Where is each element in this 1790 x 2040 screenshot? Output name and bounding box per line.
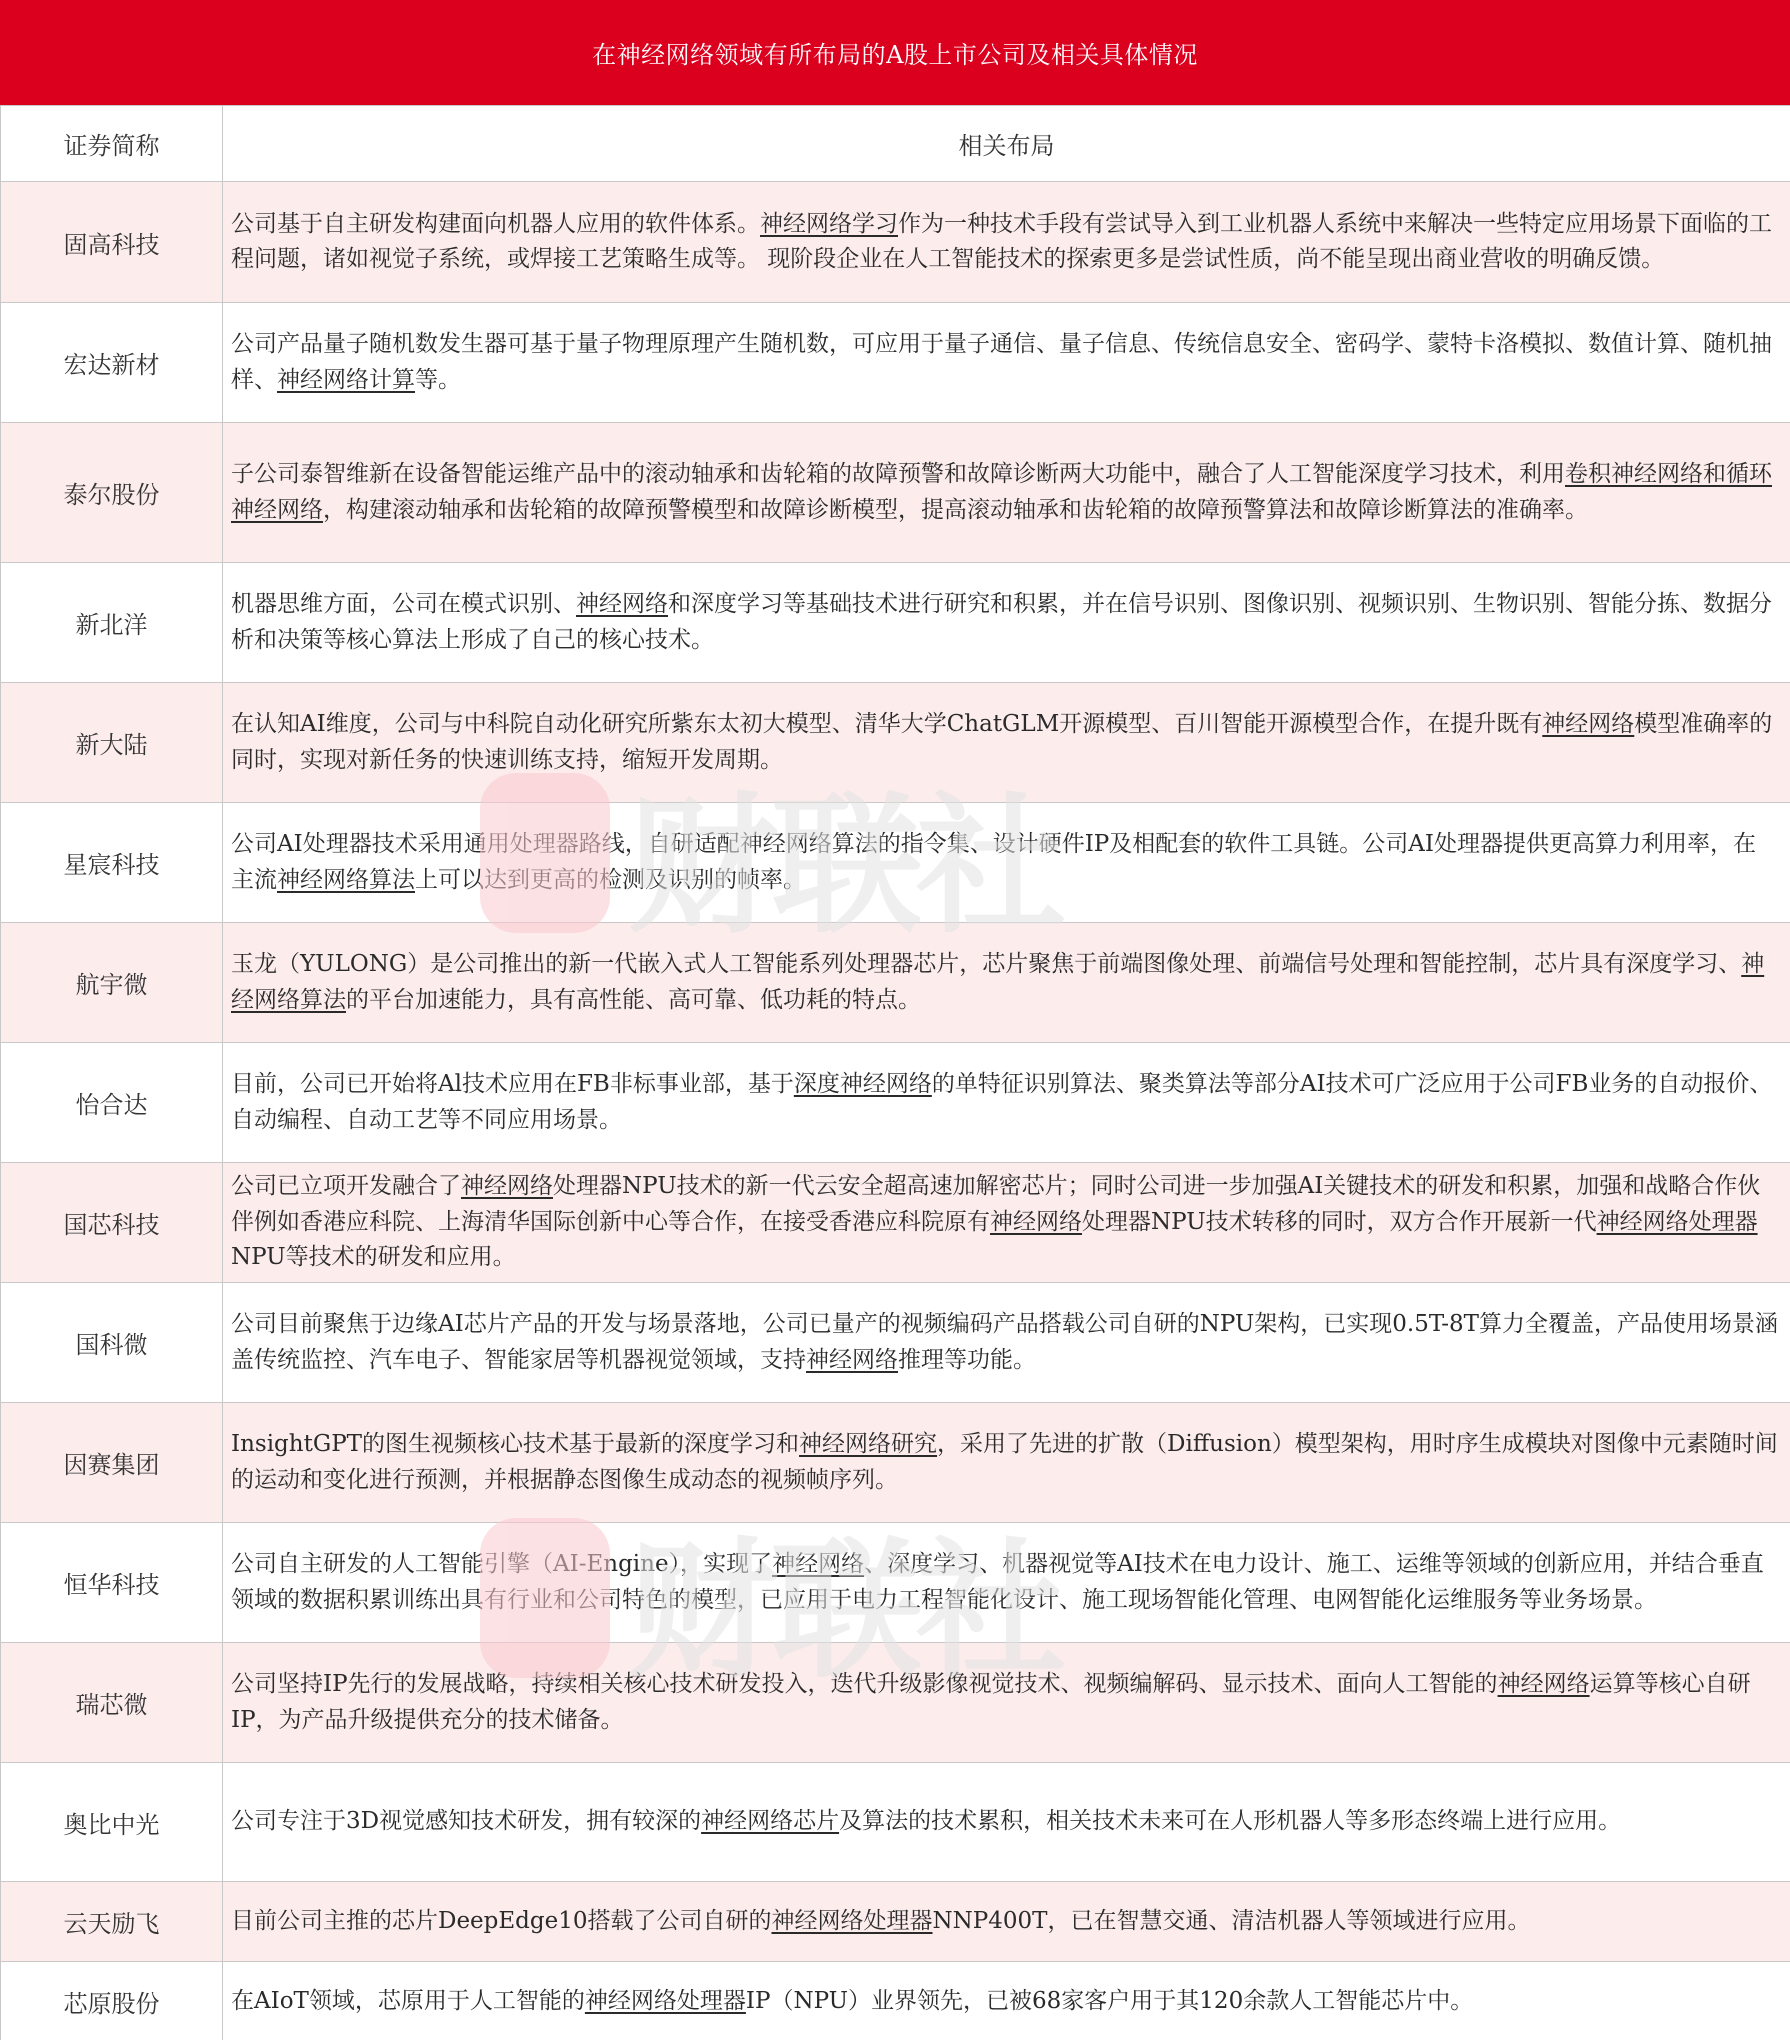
description-text: NNP400T，已在智慧交通、清洁机器人等领域进行应用。 (933, 1908, 1531, 1934)
company-name: 宏达新材 (1, 303, 223, 423)
description-text: 公司基于自主研发构建面向机器人应用的软件体系。 (231, 211, 760, 237)
description-text: 公司自主研发的人工智能引擎（AI-Engine），实现了 (231, 1551, 772, 1577)
description-text: NPU等技术的研发和应用。 (231, 1244, 516, 1270)
table-row: 国科微公司目前聚焦于边缘AI芯片产品的开发与场景落地，公司已量产的视频编码产品搭… (1, 1283, 1790, 1403)
company-description: 机器思维方面，公司在模式识别、神经网络和深度学习等基础技术进行研究和积累，并在信… (223, 563, 1790, 683)
highlighted-keyword: 深度神经网络 (794, 1071, 932, 1097)
company-description: 在AIoT领域，芯原用于人工智能的神经网络处理器IP（NPU）业界领先，已被68… (223, 1962, 1790, 2040)
company-description: 目前公司主推的芯片DeepEdge10搭载了公司自研的神经网络处理器NNP400… (223, 1882, 1790, 1962)
company-description: 公司产品量子随机数发生器可基于量子物理原理产生随机数，可应用于量子通信、量子信息… (223, 303, 1790, 423)
company-description: 目前，公司已开始将Al技术应用在FB非标事业部，基于深度神经网络的单特征识别算法… (223, 1043, 1790, 1163)
company-name: 因赛集团 (1, 1403, 223, 1523)
company-name: 固高科技 (1, 182, 223, 303)
highlighted-keyword: 神经网络 (1542, 711, 1634, 737)
company-description: 公司基于自主研发构建面向机器人应用的软件体系。神经网络学习作为一种技术手段有尝试… (223, 182, 1790, 303)
highlighted-keyword: 神经网络 (1498, 1671, 1590, 1697)
table-row: 宏达新材公司产品量子随机数发生器可基于量子物理原理产生随机数，可应用于量子通信、… (1, 303, 1790, 423)
highlighted-keyword: 神经网络算法 (277, 867, 415, 893)
table-title-bar: 在神经网络领域有所布局的A股上市公司及相关具体情况 (0, 0, 1790, 105)
description-text: 及算法的技术累积，相关技术未来可在人形机器人等多形态终端上进行应用。 (839, 1808, 1621, 1834)
company-name: 芯原股份 (1, 1962, 223, 2040)
description-text: 机器思维方面，公司在模式识别、 (231, 591, 576, 617)
company-description: 公司专注于3D视觉感知技术研发，拥有较深的神经网络芯片及算法的技术累积，相关技术… (223, 1763, 1790, 1882)
table-row: 云天励飞目前公司主推的芯片DeepEdge10搭载了公司自研的神经网络处理器NN… (1, 1882, 1790, 1962)
company-name: 奥比中光 (1, 1763, 223, 1882)
table-row: 芯原股份在AIoT领域，芯原用于人工智能的神经网络处理器IP（NPU）业界领先，… (1, 1962, 1790, 2040)
description-text: 公司已立项开发融合了 (231, 1173, 461, 1199)
table-row: 新大陆在认知AI维度，公司与中科院自动化研究所紫东太初大模型、清华大学ChatG… (1, 683, 1790, 803)
company-name: 国芯科技 (1, 1163, 223, 1283)
company-description: 在认知AI维度，公司与中科院自动化研究所紫东太初大模型、清华大学ChatGLM开… (223, 683, 1790, 803)
table-row: 奥比中光公司专注于3D视觉感知技术研发，拥有较深的神经网络芯片及算法的技术累积，… (1, 1763, 1790, 1882)
company-name: 航宇微 (1, 923, 223, 1043)
header-security-name: 证券简称 (1, 106, 223, 182)
company-description: 子公司泰智维新在设备智能运维产品中的滚动轴承和齿轮箱的故障预警和故障诊断两大功能… (223, 423, 1790, 563)
highlighted-keyword: 神经网络 (806, 1347, 898, 1373)
description-text: 上可以达到更高的检测及识别的帧率。 (415, 867, 806, 893)
table-row: 国芯科技公司已立项开发融合了神经网络处理器NPU技术的新一代云安全超高速加解密芯… (1, 1163, 1790, 1283)
description-text: 的平台加速能力，具有高性能、高可靠、低功耗的特点。 (346, 987, 921, 1013)
description-text: 公司坚持IP先行的发展战略，持续相关核心技术研发投入，迭代升级影像视觉技术、视频… (231, 1671, 1498, 1697)
company-table: 证券简称 相关布局 固高科技公司基于自主研发构建面向机器人应用的软件体系。神经网… (0, 105, 1790, 2040)
company-name: 怡合达 (1, 1043, 223, 1163)
company-name: 瑞芯微 (1, 1643, 223, 1763)
table-row: 怡合达目前，公司已开始将Al技术应用在FB非标事业部，基于深度神经网络的单特征识… (1, 1043, 1790, 1163)
highlighted-keyword: 神经网络 (576, 591, 668, 617)
header-related-layout: 相关布局 (223, 106, 1790, 182)
description-text: 目前公司主推的芯片DeepEdge10搭载了公司自研的 (231, 1908, 772, 1934)
highlighted-keyword: 神经网络芯片 (701, 1808, 839, 1834)
company-name: 国科微 (1, 1283, 223, 1403)
table-row: 瑞芯微公司坚持IP先行的发展战略，持续相关核心技术研发投入，迭代升级影像视觉技术… (1, 1643, 1790, 1763)
table-row: 恒华科技公司自主研发的人工智能引擎（AI-Engine），实现了神经网络、深度学… (1, 1523, 1790, 1643)
company-name: 新大陆 (1, 683, 223, 803)
highlighted-keyword: 神经网络学习 (760, 211, 898, 237)
highlighted-keyword: 神经网络 (990, 1209, 1082, 1235)
table-header-row: 证券简称 相关布局 (1, 106, 1790, 182)
description-text: IP（NPU）业界领先，已被68家客户用于其120余款人工智能芯片中。 (746, 1988, 1473, 2014)
description-text: 推理等功能。 (898, 1347, 1036, 1373)
table-row: 航宇微玉龙（YULONG）是公司推出的新一代嵌入式人工智能系列处理器芯片，芯片聚… (1, 923, 1790, 1043)
highlighted-keyword: 神经网络处理器 (585, 1988, 746, 2014)
company-description: 公司已立项开发融合了神经网络处理器NPU技术的新一代云安全超高速加解密芯片；同时… (223, 1163, 1790, 1283)
company-name: 泰尔股份 (1, 423, 223, 563)
company-name: 云天励飞 (1, 1882, 223, 1962)
table-row: 泰尔股份子公司泰智维新在设备智能运维产品中的滚动轴承和齿轮箱的故障预警和故障诊断… (1, 423, 1790, 563)
table-row: 新北洋机器思维方面，公司在模式识别、神经网络和深度学习等基础技术进行研究和积累，… (1, 563, 1790, 683)
description-text: 在AIoT领域，芯原用于人工智能的 (231, 1988, 585, 2014)
description-text: 在认知AI维度，公司与中科院自动化研究所紫东太初大模型、清华大学ChatGLM开… (231, 711, 1542, 737)
company-description: 公司自主研发的人工智能引擎（AI-Engine），实现了神经网络、深度学习、机器… (223, 1523, 1790, 1643)
description-text: InsightGPT的图生视频核心技术基于最新的深度学习和 (231, 1431, 799, 1457)
company-name: 新北洋 (1, 563, 223, 683)
company-description: InsightGPT的图生视频核心技术基于最新的深度学习和神经网络研究，采用了先… (223, 1403, 1790, 1523)
company-description: 公司AI处理器技术采用通用处理器路线，自研适配神经网络算法的指令集、设计硬件IP… (223, 803, 1790, 923)
description-text: 公司专注于3D视觉感知技术研发，拥有较深的 (231, 1808, 701, 1834)
description-text: 玉龙（YULONG）是公司推出的新一代嵌入式人工智能系列处理器芯片，芯片聚焦于前… (231, 951, 1741, 977)
table-row: 因赛集团InsightGPT的图生视频核心技术基于最新的深度学习和神经网络研究，… (1, 1403, 1790, 1523)
company-name: 星宸科技 (1, 803, 223, 923)
description-text: ，构建滚动轴承和齿轮箱的故障预警模型和故障诊断模型，提高滚动轴承和齿轮箱的故障预… (323, 497, 1588, 523)
highlighted-keyword: 神经网络研究 (799, 1431, 937, 1457)
description-text: 等。 (415, 367, 461, 393)
highlighted-keyword: 神经网络计算 (277, 367, 415, 393)
company-description: 公司目前聚焦于边缘AI芯片产品的开发与场景落地，公司已量产的视频编码产品搭载公司… (223, 1283, 1790, 1403)
description-text: 公司产品量子随机数发生器可基于量子物理原理产生随机数，可应用于量子通信、量子信息… (231, 331, 1772, 393)
description-text: 目前，公司已开始将Al技术应用在FB非标事业部，基于 (231, 1071, 794, 1097)
description-text: 子公司泰智维新在设备智能运维产品中的滚动轴承和齿轮箱的故障预警和故障诊断两大功能… (231, 461, 1565, 487)
table-body: 固高科技公司基于自主研发构建面向机器人应用的软件体系。神经网络学习作为一种技术手… (1, 182, 1790, 2040)
highlighted-keyword: 神经网络 (461, 1173, 553, 1199)
table-row: 固高科技公司基于自主研发构建面向机器人应用的软件体系。神经网络学习作为一种技术手… (1, 182, 1790, 303)
company-name: 恒华科技 (1, 1523, 223, 1643)
highlighted-keyword: 神经网络处理器 (772, 1908, 933, 1934)
table-title: 在神经网络领域有所布局的A股上市公司及相关具体情况 (592, 35, 1198, 70)
company-description: 玉龙（YULONG）是公司推出的新一代嵌入式人工智能系列处理器芯片，芯片聚焦于前… (223, 923, 1790, 1043)
table-row: 星宸科技公司AI处理器技术采用通用处理器路线，自研适配神经网络算法的指令集、设计… (1, 803, 1790, 923)
highlighted-keyword: 神经网络 (772, 1551, 864, 1577)
description-text: 处理器NPU技术转移的同时，双方合作开展新一代 (1082, 1209, 1597, 1235)
company-description: 公司坚持IP先行的发展战略，持续相关核心技术研发投入，迭代升级影像视觉技术、视频… (223, 1643, 1790, 1763)
highlighted-keyword: 神经网络处理器 (1597, 1209, 1758, 1235)
